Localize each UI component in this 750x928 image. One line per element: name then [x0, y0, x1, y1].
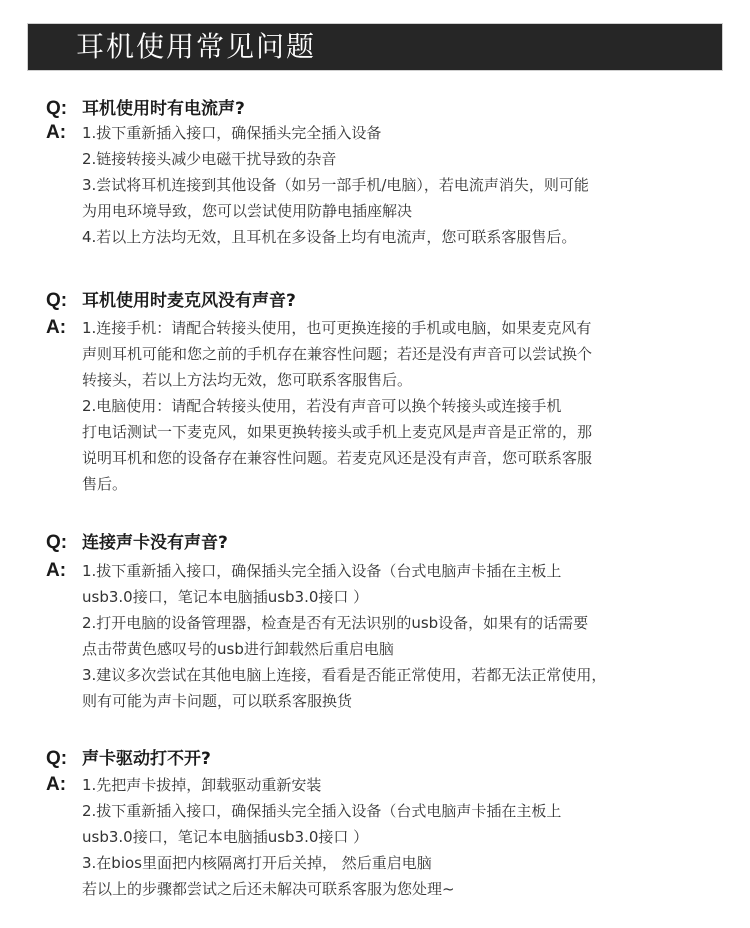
- answer-line: 则有可能为声卡问题，可以联系客服换货: [82, 688, 606, 714]
- answer-line: 3.在bios里面把内核隔离打开后关掉， 然后重启电脑: [82, 850, 561, 876]
- answer-row: A: 1.拔下重新插入接口，确保插头完全插入设备 2.链接转接头减少电磁干扰导致…: [46, 120, 726, 250]
- answer-text: 1.先把声卡拔掉，卸载驱动重新安装 2.拔下重新插入接口，确保插头完全插入设备（…: [82, 772, 561, 902]
- answer-line: usb3.0接口，笔记本电脑插usb3.0接口 ）: [82, 824, 561, 850]
- answer-prefix: A:: [46, 558, 82, 584]
- answer-prefix: A:: [46, 120, 82, 146]
- answer-line: 说明耳机和您的设备存在兼容性问题。若麦克风还是没有声音，您可联系客服: [82, 445, 592, 471]
- question-text: 耳机使用时有电流声?: [82, 94, 245, 119]
- page-header-bar: 耳机使用常见问题: [28, 24, 722, 70]
- answer-prefix: A:: [46, 772, 82, 798]
- question-text: 耳机使用时麦克风没有声音?: [82, 286, 296, 311]
- answer-line: 1.拔下重新插入接口，确保插头完全插入设备（台式电脑声卡插在主板上: [82, 558, 606, 584]
- question-row: Q: 声卡驱动打不开?: [46, 744, 726, 770]
- answer-line: 3.尝试将耳机连接到其他设备（如另一部手机/电脑），若电流声消失，则可能: [82, 172, 589, 198]
- question-prefix: Q:: [46, 290, 82, 312]
- answer-line: 1.拔下重新插入接口，确保插头完全插入设备: [82, 120, 589, 146]
- question-prefix: Q:: [46, 748, 82, 770]
- answer-text: 1.拔下重新插入接口，确保插头完全插入设备（台式电脑声卡插在主板上 usb3.0…: [82, 558, 606, 714]
- answer-line: 2.打开电脑的设备管理器，检查是否有无法识别的usb设备，如果有的话需要: [82, 610, 606, 636]
- question-text: 连接声卡没有声音?: [82, 528, 228, 553]
- answer-prefix: A:: [46, 315, 82, 341]
- question-prefix: Q:: [46, 532, 82, 554]
- answer-text: 1.连接手机：请配合转接头使用，也可更换连接的手机或电脑，如果麦克风有 声则耳机…: [82, 315, 592, 497]
- faq-item-mic-no-sound: Q: 耳机使用时麦克风没有声音? A: 1.连接手机：请配合转接头使用，也可更换…: [46, 286, 726, 497]
- answer-line: 3.建议多次尝试在其他电脑上连接，看看是否能正常使用，若都无法正常使用，: [82, 662, 606, 688]
- faq-item-driver-wont-open: Q: 声卡驱动打不开? A: 1.先把声卡拔掉，卸载驱动重新安装 2.拔下重新插…: [46, 744, 726, 902]
- answer-line: usb3.0接口，笔记本电脑插usb3.0接口 ）: [82, 584, 606, 610]
- answer-row: A: 1.先把声卡拔掉，卸载驱动重新安装 2.拔下重新插入接口，确保插头完全插入…: [46, 772, 726, 902]
- question-prefix: Q:: [46, 98, 82, 120]
- answer-text: 1.拔下重新插入接口，确保插头完全插入设备 2.链接转接头减少电磁干扰导致的杂音…: [82, 120, 589, 250]
- answer-row: A: 1.拔下重新插入接口，确保插头完全插入设备（台式电脑声卡插在主板上 usb…: [46, 558, 726, 714]
- question-row: Q: 连接声卡没有声音?: [46, 528, 726, 554]
- page-title: 耳机使用常见问题: [76, 29, 316, 65]
- answer-line: 2.拔下重新插入接口，确保插头完全插入设备（台式电脑声卡插在主板上: [82, 798, 561, 824]
- question-row: Q: 耳机使用时有电流声?: [46, 94, 726, 120]
- answer-line: 2.链接转接头减少电磁干扰导致的杂音: [82, 146, 589, 172]
- answer-line: 若以上的步骤都尝试之后还未解决可联系客服为您处理~: [82, 876, 561, 902]
- answer-row: A: 1.连接手机：请配合转接头使用，也可更换连接的手机或电脑，如果麦克风有 声…: [46, 315, 726, 497]
- question-row: Q: 耳机使用时麦克风没有声音?: [46, 286, 726, 312]
- answer-line: 1.连接手机：请配合转接头使用，也可更换连接的手机或电脑，如果麦克风有: [82, 315, 592, 341]
- faq-item-sound-card-no-sound: Q: 连接声卡没有声音? A: 1.拔下重新插入接口，确保插头完全插入设备（台式…: [46, 528, 726, 714]
- answer-line: 声则耳机可能和您之前的手机存在兼容性问题；若还是没有声音可以尝试换个: [82, 341, 592, 367]
- question-text: 声卡驱动打不开?: [82, 744, 211, 769]
- answer-line: 售后。: [82, 471, 592, 497]
- answer-line: 打电话测试一下麦克风，如果更换转接头或手机上麦克风是声音是正常的，那: [82, 419, 592, 445]
- answer-line: 点击带黄色感叹号的usb进行卸载然后重启电脑: [82, 636, 606, 662]
- answer-line: 为用电环境导致，您可以尝试使用防静电插座解决: [82, 198, 589, 224]
- answer-line: 4.若以上方法均无效，且耳机在多设备上均有电流声，您可联系客服售后。: [82, 224, 589, 250]
- faq-item-current-noise: Q: 耳机使用时有电流声? A: 1.拔下重新插入接口，确保插头完全插入设备 2…: [46, 94, 726, 250]
- answer-line: 1.先把声卡拔掉，卸载驱动重新安装: [82, 772, 561, 798]
- answer-line: 2.电脑使用：请配合转接头使用，若没有声音可以换个转接头或连接手机: [82, 393, 592, 419]
- answer-line: 转接头，若以上方法均无效，您可联系客服售后。: [82, 367, 592, 393]
